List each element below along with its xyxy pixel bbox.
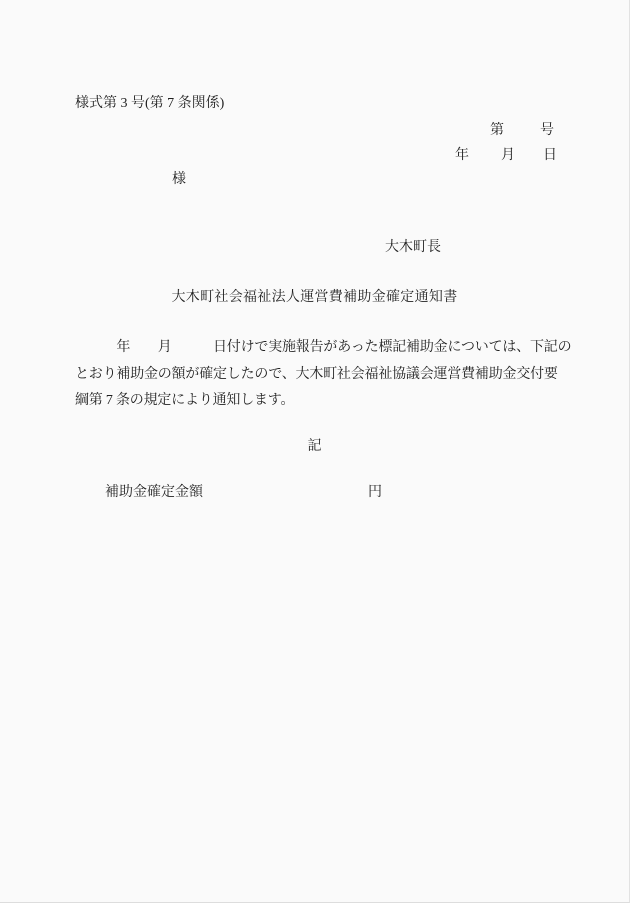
doc-number-line: 第 号	[0, 121, 629, 141]
doc-number-prefix: 第	[490, 121, 504, 141]
amount-label: 補助金確定金額	[105, 483, 203, 503]
amount-row: 補助金確定金額 円	[0, 483, 629, 503]
body-line: 年 月 日付けで実施報告があった標記補助金については、下記の	[75, 335, 563, 362]
date-year-label: 年	[455, 146, 469, 166]
amount-unit: 円	[368, 483, 382, 503]
sender-name: 大木町長	[385, 238, 441, 258]
body-paragraph: 年 月 日付けで実施報告があった標記補助金については、下記の とおり補助金の額が…	[75, 335, 563, 415]
addressee-honorific: 様	[172, 170, 186, 190]
doc-number-suffix: 号	[540, 121, 554, 141]
date-line: 年 月 日	[0, 146, 629, 166]
document-page: 様式第 3 号(第 7 条関係) 第 号 年 月 日 様 大木町長 大木町社会福…	[0, 0, 630, 903]
date-day-label: 日	[543, 146, 557, 166]
record-separator: 記	[0, 437, 629, 457]
body-line: とおり補助金の額が確定したので、大木町社会福祉協議会運営費補助金交付要	[75, 362, 563, 389]
body-line: 綱第 7 条の規定により通知します。	[75, 388, 563, 415]
form-number: 様式第 3 号(第 7 条関係)	[75, 94, 224, 114]
date-month-label: 月	[501, 146, 515, 166]
document-title: 大木町社会福祉法人運営費補助金確定通知書	[0, 288, 629, 308]
